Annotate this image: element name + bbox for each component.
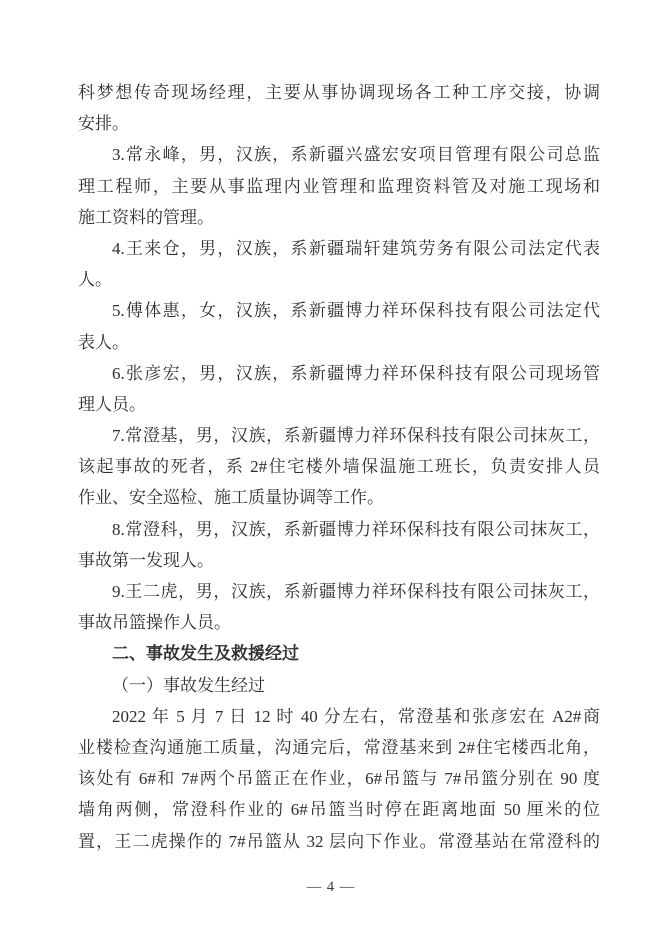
- text-line: 7.常澄基，男，汉族，系新疆博力祥环保科技有限公司抹灰工，: [78, 420, 600, 451]
- text-line: 科梦想传奇现场经理，主要从事协调现场各工种工序交接，协调: [78, 77, 600, 108]
- text-line: 9.王二虎，男，汉族，系新疆博力祥环保科技有限公司抹灰工，: [78, 576, 600, 607]
- person-item-8: 8.常澄科，男，汉族，系新疆博力祥环保科技有限公司抹灰工， 事故第一发现人。: [78, 514, 600, 576]
- text-line: 作业、安全巡检、施工质量协调等工作。: [78, 482, 600, 513]
- subsection-heading-text: （一）事故发生经过: [78, 670, 600, 701]
- person-item-7: 7.常澄基，男，汉族，系新疆博力祥环保科技有限公司抹灰工， 该起事故的死者，系 …: [78, 420, 600, 514]
- text-line: 8.常澄科，男，汉族，系新疆博力祥环保科技有限公司抹灰工，: [78, 514, 600, 545]
- text-line: 安排。: [78, 108, 600, 139]
- text-line: 施工资料的管理。: [78, 202, 600, 233]
- text-line: 置，王二虎操作的 7#吊篮从 32 层向下作业。常澄基站在常澄科的: [78, 826, 600, 857]
- text-line: 人。: [78, 264, 600, 295]
- event-paragraph: 2022 年 5 月 7 日 12 时 40 分左右，常澄基和张彦宏在 A2#商…: [78, 701, 600, 857]
- text-line: 该起事故的死者，系 2#住宅楼外墙保温施工班长，负责安排人员: [78, 451, 600, 482]
- person-item-3: 3.常永峰，男，汉族，系新疆兴盛宏安项目管理有限公司总监 理工程师，主要从事监理…: [78, 139, 600, 233]
- person-item-5: 5.傅体惠，女，汉族，系新疆博力祥环保科技有限公司法定代 表人。: [78, 295, 600, 357]
- subsection-heading: （一）事故发生经过: [78, 670, 600, 701]
- text-line: 事故第一发现人。: [78, 545, 600, 576]
- person-item-9: 9.王二虎，男，汉族，系新疆博力祥环保科技有限公司抹灰工， 事故吊篮操作人员。: [78, 576, 600, 638]
- paragraph-continuation: 科梦想传奇现场经理，主要从事协调现场各工种工序交接，协调 安排。: [78, 77, 600, 139]
- text-line: 2022 年 5 月 7 日 12 时 40 分左右，常澄基和张彦宏在 A2#商: [78, 701, 600, 732]
- person-item-4: 4.王来仓，男，汉族，系新疆瑞轩建筑劳务有限公司法定代表 人。: [78, 233, 600, 295]
- text-line: 理人员。: [78, 389, 600, 420]
- section-heading-text: 二、事故发生及救援经过: [78, 638, 600, 669]
- text-line: 该处有 6#和 7#两个吊篮正在作业，6#吊篮与 7#吊篮分别在 90 度: [78, 763, 600, 794]
- page-number: — 4 —: [307, 879, 356, 895]
- text-line: 4.王来仓，男，汉族，系新疆瑞轩建筑劳务有限公司法定代表: [78, 233, 600, 264]
- text-line: 业楼检查沟通施工质量，沟通完后，常澄基来到 2#住宅楼西北角，: [78, 732, 600, 763]
- page-footer: — 4 —: [0, 877, 662, 897]
- text-line: 3.常永峰，男，汉族，系新疆兴盛宏安项目管理有限公司总监: [78, 139, 600, 170]
- text-line: 5.傅体惠，女，汉族，系新疆博力祥环保科技有限公司法定代: [78, 295, 600, 326]
- text-line: 事故吊篮操作人员。: [78, 607, 600, 638]
- section-heading: 二、事故发生及救援经过: [78, 638, 600, 669]
- text-line: 表人。: [78, 327, 600, 358]
- text-line: 理工程师，主要从事监理内业管理和监理资料管及对施工现场和: [78, 171, 600, 202]
- page-body: 科梦想传奇现场经理，主要从事协调现场各工种工序交接，协调 安排。 3.常永峰，男…: [78, 77, 600, 857]
- text-line: 6.张彦宏，男，汉族，系新疆博力祥环保科技有限公司现场管: [78, 358, 600, 389]
- person-item-6: 6.张彦宏，男，汉族，系新疆博力祥环保科技有限公司现场管 理人员。: [78, 358, 600, 420]
- document-page: 科梦想传奇现场经理，主要从事协调现场各工种工序交接，协调 安排。 3.常永峰，男…: [0, 0, 662, 936]
- text-line: 墙角两侧，常澄科作业的 6#吊篮当时停在距离地面 50 厘米的位: [78, 794, 600, 825]
